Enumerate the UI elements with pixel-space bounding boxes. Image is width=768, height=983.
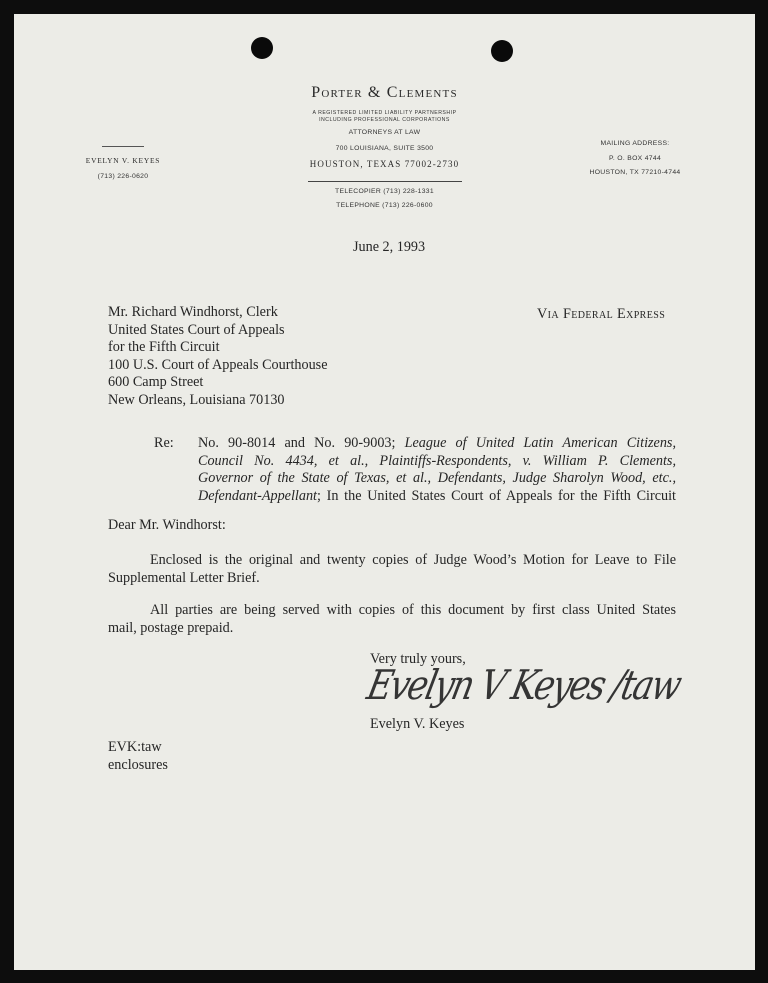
re-line: Defendant-Appellant; In the United State… [198,488,676,506]
mailing-box: P. O. BOX 4744 [580,155,690,162]
mailing-city: HOUSTON, TX 77210-4744 [580,169,690,176]
letterhead-divider [308,181,462,182]
recipient-line: United States Court of Appeals [108,322,328,340]
firm-name: Porter & Clements [14,84,755,102]
recipient-line: for the Fifth Circuit [108,339,328,357]
firm-tagline-1: A REGISTERED LIMITED LIABILITY PARTNERSH… [14,110,755,116]
re-line: Council No. 4434, et al., Plaintiffs-Res… [198,453,676,471]
paragraph-line: Supplemental Letter Brief. [108,570,676,588]
delivery-method: Via Federal Express [537,306,665,324]
attorney-divider [102,146,144,147]
letter-date: June 2, 1993 [353,239,425,257]
punch-hole-left [251,37,273,59]
attorney-name: EVELYN V. KEYES [70,156,176,165]
re-subject: No. 90-8014 and No. 90-9003; League of U… [198,435,676,505]
recipient-address: Mr. Richard Windhorst, Clerk United Stat… [108,304,328,409]
body-paragraph-1: Enclosed is the original and twenty copi… [108,552,676,587]
mailing-label: MAILING ADDRESS: [580,140,690,147]
firm-telephone: TELEPHONE (713) 226-0600 [14,202,755,209]
typist-initials: EVK:taw [108,739,162,757]
body-paragraph-2: All parties are being served with copies… [108,602,676,637]
firm-telecopier: TELECOPIER (713) 228-1331 [14,188,755,195]
enclosures-note: enclosures [108,757,168,775]
re-line: Governor of the State of Texas, et al., … [198,470,676,488]
attorney-phone: (713) 226-0620 [70,173,176,180]
recipient-line: 600 Camp Street [108,374,328,392]
letter-page: Porter & Clements A REGISTERED LIMITED L… [14,14,755,970]
re-line: No. 90-8014 and No. 90-9003; League of U… [198,435,676,453]
recipient-line: New Orleans, Louisiana 70130 [108,392,328,410]
firm-practice: ATTORNEYS AT LAW [14,129,755,136]
recipient-line: Mr. Richard Windhorst, Clerk [108,304,328,322]
firm-tagline-2: INCLUDING PROFESSIONAL CORPORATIONS [14,117,755,123]
signer-name: Evelyn V. Keyes [370,716,464,734]
paragraph-line: Enclosed is the original and twenty copi… [108,552,676,570]
punch-hole-right [491,40,513,62]
paragraph-line: mail, postage prepaid. [108,620,676,638]
paragraph-line: All parties are being served with copies… [108,602,676,620]
handwritten-signature: Evelyn V Keyes /taw [363,662,684,710]
salutation: Dear Mr. Windhorst: [108,517,226,535]
re-label: Re: [154,435,174,453]
recipient-line: 100 U.S. Court of Appeals Courthouse [108,357,328,375]
